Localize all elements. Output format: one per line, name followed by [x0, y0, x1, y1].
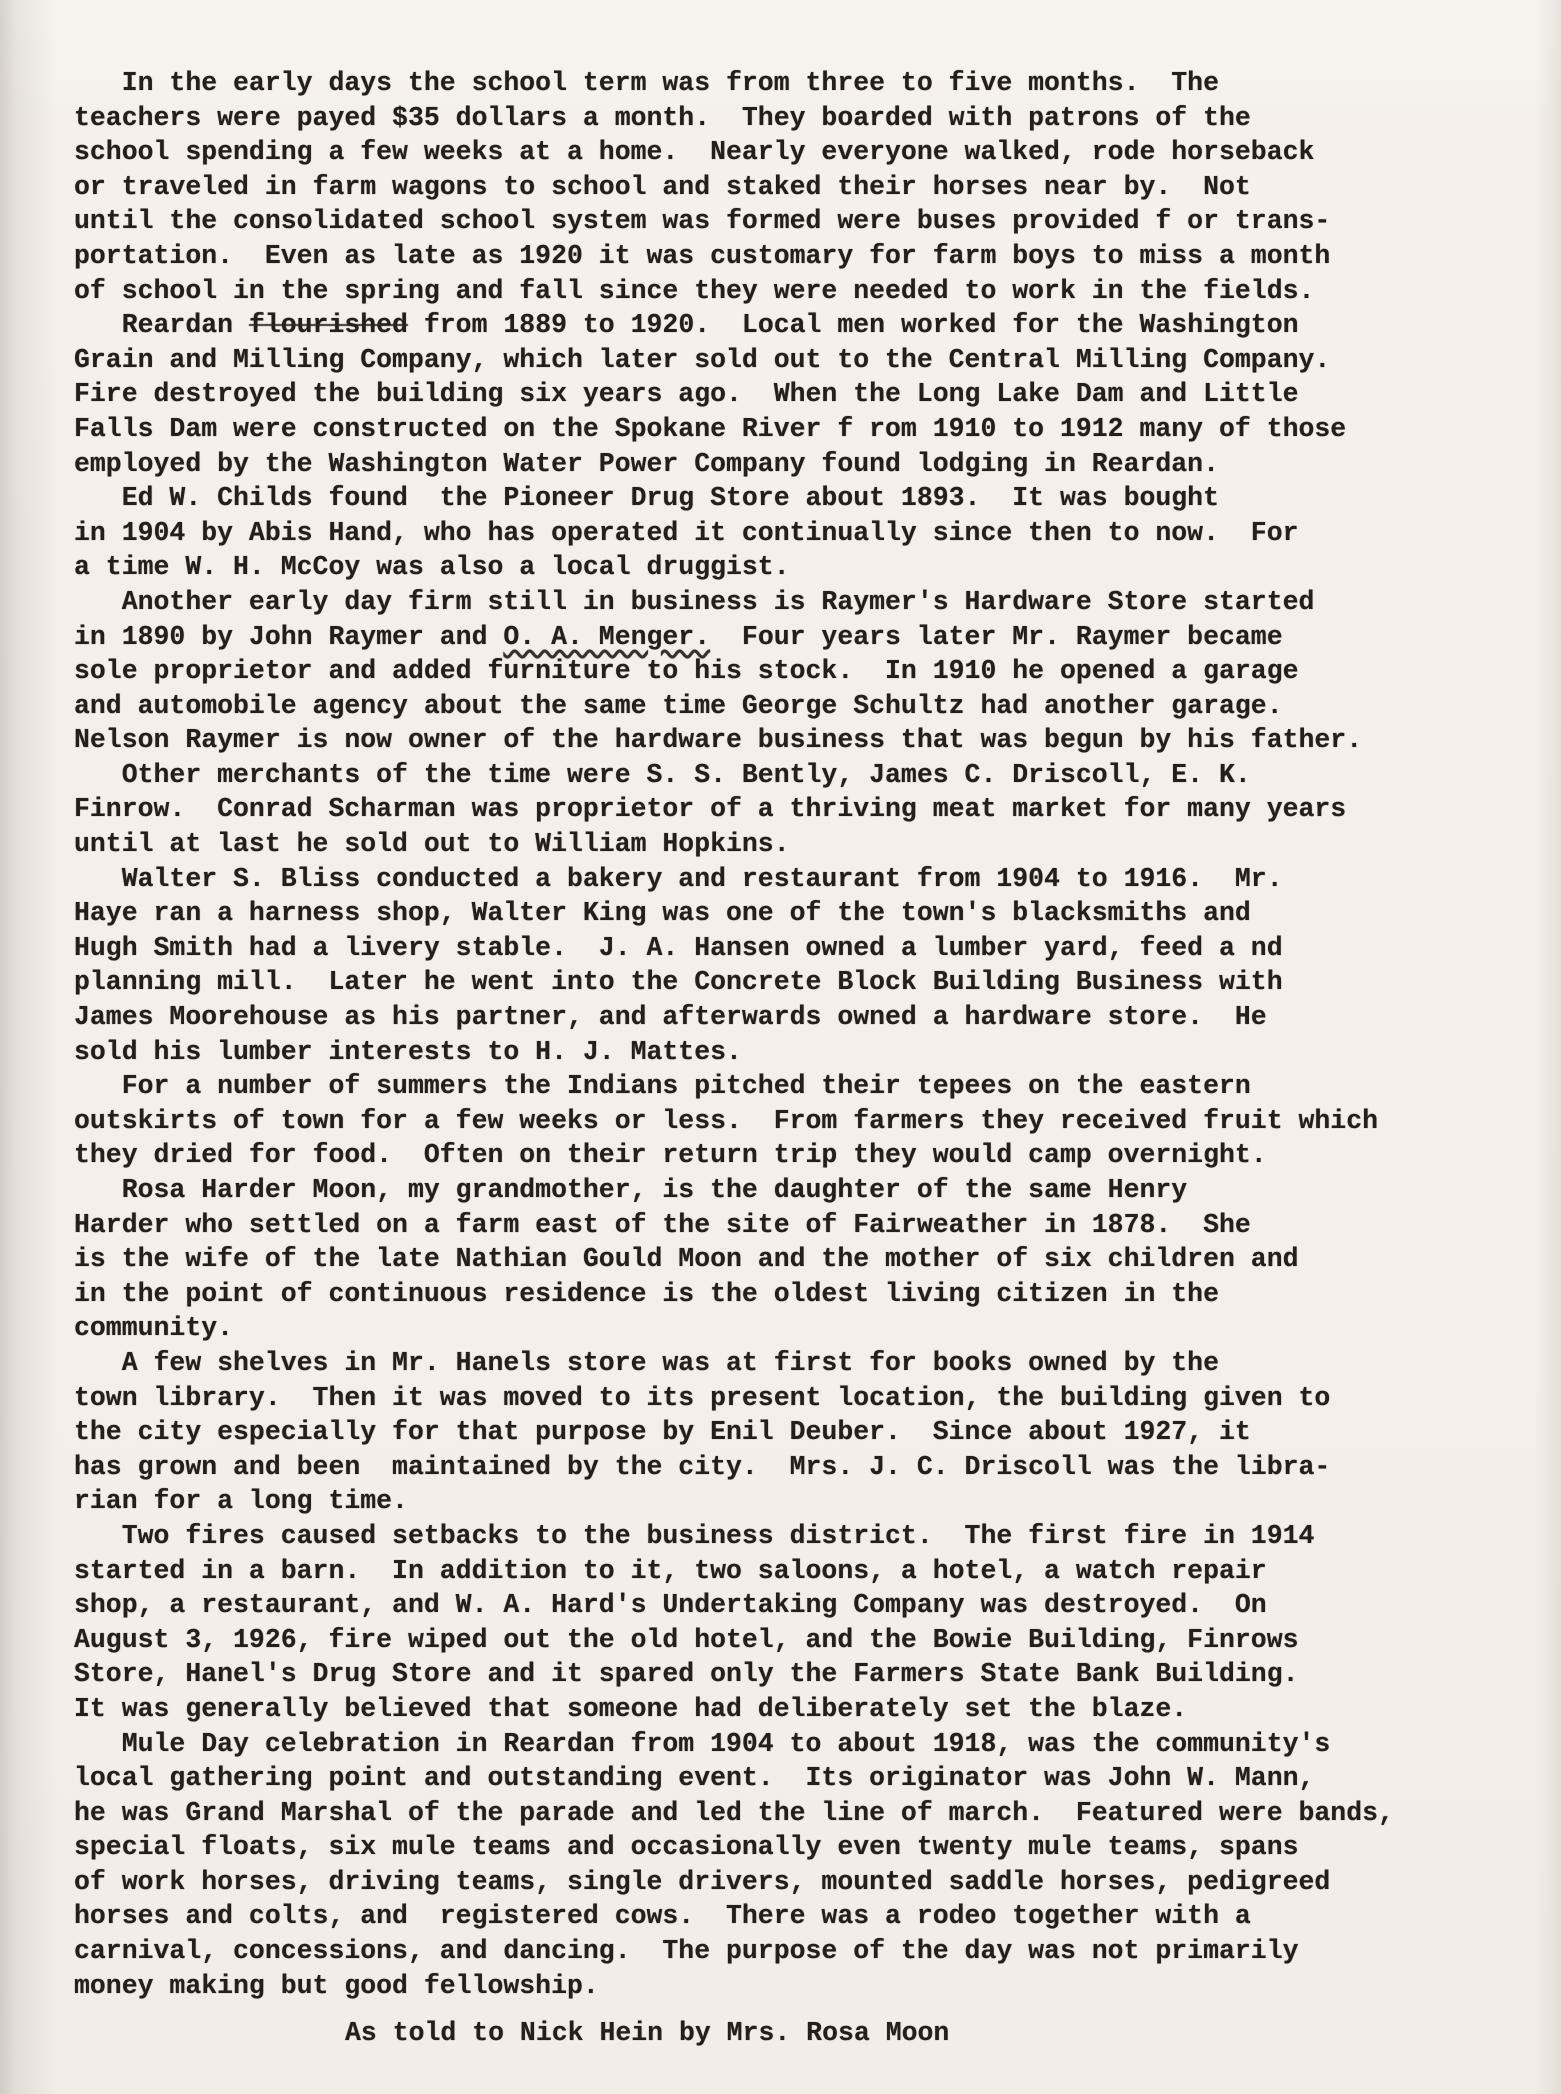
text-line: a time W. H. McCoy was also a local drug… [74, 550, 1394, 585]
text-line: James Moorehouse as his partner, and aft… [74, 1000, 1394, 1035]
document-lines: In the early days the school term was fr… [74, 66, 1394, 2003]
text-line: Ed W. Childs found the Pioneer Drug Stor… [74, 481, 1394, 516]
text-line: planning mill. Later he went into the Co… [74, 965, 1394, 1000]
text-line: Haye ran a harness shop, Walter King was… [74, 896, 1394, 931]
text-line: In the early days the school term was fr… [74, 66, 1394, 101]
text-line: Falls Dam were constructed on the Spokan… [74, 412, 1394, 447]
text-line: and automobile agency about the same tim… [74, 689, 1394, 724]
decorated-text: O. A. Menger. [503, 622, 710, 652]
text-line: Harder who settled on a farm east of the… [74, 1208, 1394, 1243]
text-line: until the consolidated school system was… [74, 204, 1394, 239]
text-line: sold his lumber interests to H. J. Matte… [74, 1035, 1394, 1070]
text-line: has grown and been maintained by the cit… [74, 1450, 1394, 1485]
text-line: Grain and Milling Company, which later s… [74, 343, 1394, 378]
text-line: they dried for food. Often on their retu… [74, 1138, 1394, 1173]
text-line: Walter S. Bliss conducted a bakery and r… [74, 862, 1394, 897]
text-line: Another early day firm still in business… [74, 585, 1394, 620]
text-line: It was generally believed that someone h… [74, 1692, 1394, 1727]
attribution-line: As told to Nick Hein by Mrs. Rosa Moon [74, 2016, 1394, 2051]
text-line: Finrow. Conrad Scharman was proprietor o… [74, 792, 1394, 827]
text-line: employed by the Washington Water Power C… [74, 447, 1394, 482]
text-line: in 1904 by Abis Hand, who has operated i… [74, 516, 1394, 551]
text-line: Nelson Raymer is now owner of the hardwa… [74, 723, 1394, 758]
text-line: A few shelves in Mr. Hanels store was at… [74, 1346, 1394, 1381]
text-line: started in a barn. In addition to it, tw… [74, 1554, 1394, 1589]
text-line: local gathering point and outstanding ev… [74, 1761, 1394, 1796]
text-line: of school in the spring and fall since t… [74, 274, 1394, 309]
text-line: horses and colts, and registered cows. T… [74, 1899, 1394, 1934]
text-line: shop, a restaurant, and W. A. Hard's Und… [74, 1588, 1394, 1623]
decorated-text: flourished [249, 310, 408, 340]
text-line: money making but good fellowship. [74, 1969, 1394, 2004]
text-line: carnival, concessions, and dancing. The … [74, 1934, 1394, 1969]
text-line: special floats, six mule teams and occas… [74, 1830, 1394, 1865]
text-line: Fire destroyed the building six years ag… [74, 377, 1394, 412]
text-line: in the point of continuous residence is … [74, 1277, 1394, 1312]
document-body: In the early days the school term was fr… [74, 66, 1394, 2051]
text-line: Rosa Harder Moon, my grandmother, is the… [74, 1173, 1394, 1208]
text-line: is the wife of the late Nathian Gould Mo… [74, 1242, 1394, 1277]
text-line: town library. Then it was moved to its p… [74, 1381, 1394, 1416]
text-line: community. [74, 1311, 1394, 1346]
text-line: in 1890 by John Raymer and O. A. Menger.… [74, 620, 1394, 655]
text-line: he was Grand Marshal of the parade and l… [74, 1796, 1394, 1831]
text-line: until at last he sold out to William Hop… [74, 827, 1394, 862]
text-line: the city especially for that purpose by … [74, 1415, 1394, 1450]
scanned-typewritten-page: In the early days the school term was fr… [0, 0, 1561, 2094]
text-line: rian for a long time. [74, 1484, 1394, 1519]
text-line: of work horses, driving teams, single dr… [74, 1865, 1394, 1900]
text-line: Other merchants of the time were S. S. B… [74, 758, 1394, 793]
text-line: sole proprietor and added furniture to h… [74, 654, 1394, 689]
text-line: For a number of summers the Indians pitc… [74, 1069, 1394, 1104]
text-line: teachers were payed $35 dollars a month.… [74, 101, 1394, 136]
text-line: Reardan flourished from 1889 to 1920. Lo… [74, 308, 1394, 343]
text-line: August 3, 1926, fire wiped out the old h… [74, 1623, 1394, 1658]
text-line: portation. Even as late as 1920 it was c… [74, 239, 1394, 274]
text-line: Hugh Smith had a livery stable. J. A. Ha… [74, 931, 1394, 966]
text-line: or traveled in farm wagons to school and… [74, 170, 1394, 205]
text-line: Two fires caused setbacks to the busines… [74, 1519, 1394, 1554]
text-line: outskirts of town for a few weeks or les… [74, 1104, 1394, 1139]
text-line: Mule Day celebration in Reardan from 190… [74, 1727, 1394, 1762]
text-line: school spending a few weeks at a home. N… [74, 135, 1394, 170]
text-line: Store, Hanel's Drug Store and it spared … [74, 1657, 1394, 1692]
